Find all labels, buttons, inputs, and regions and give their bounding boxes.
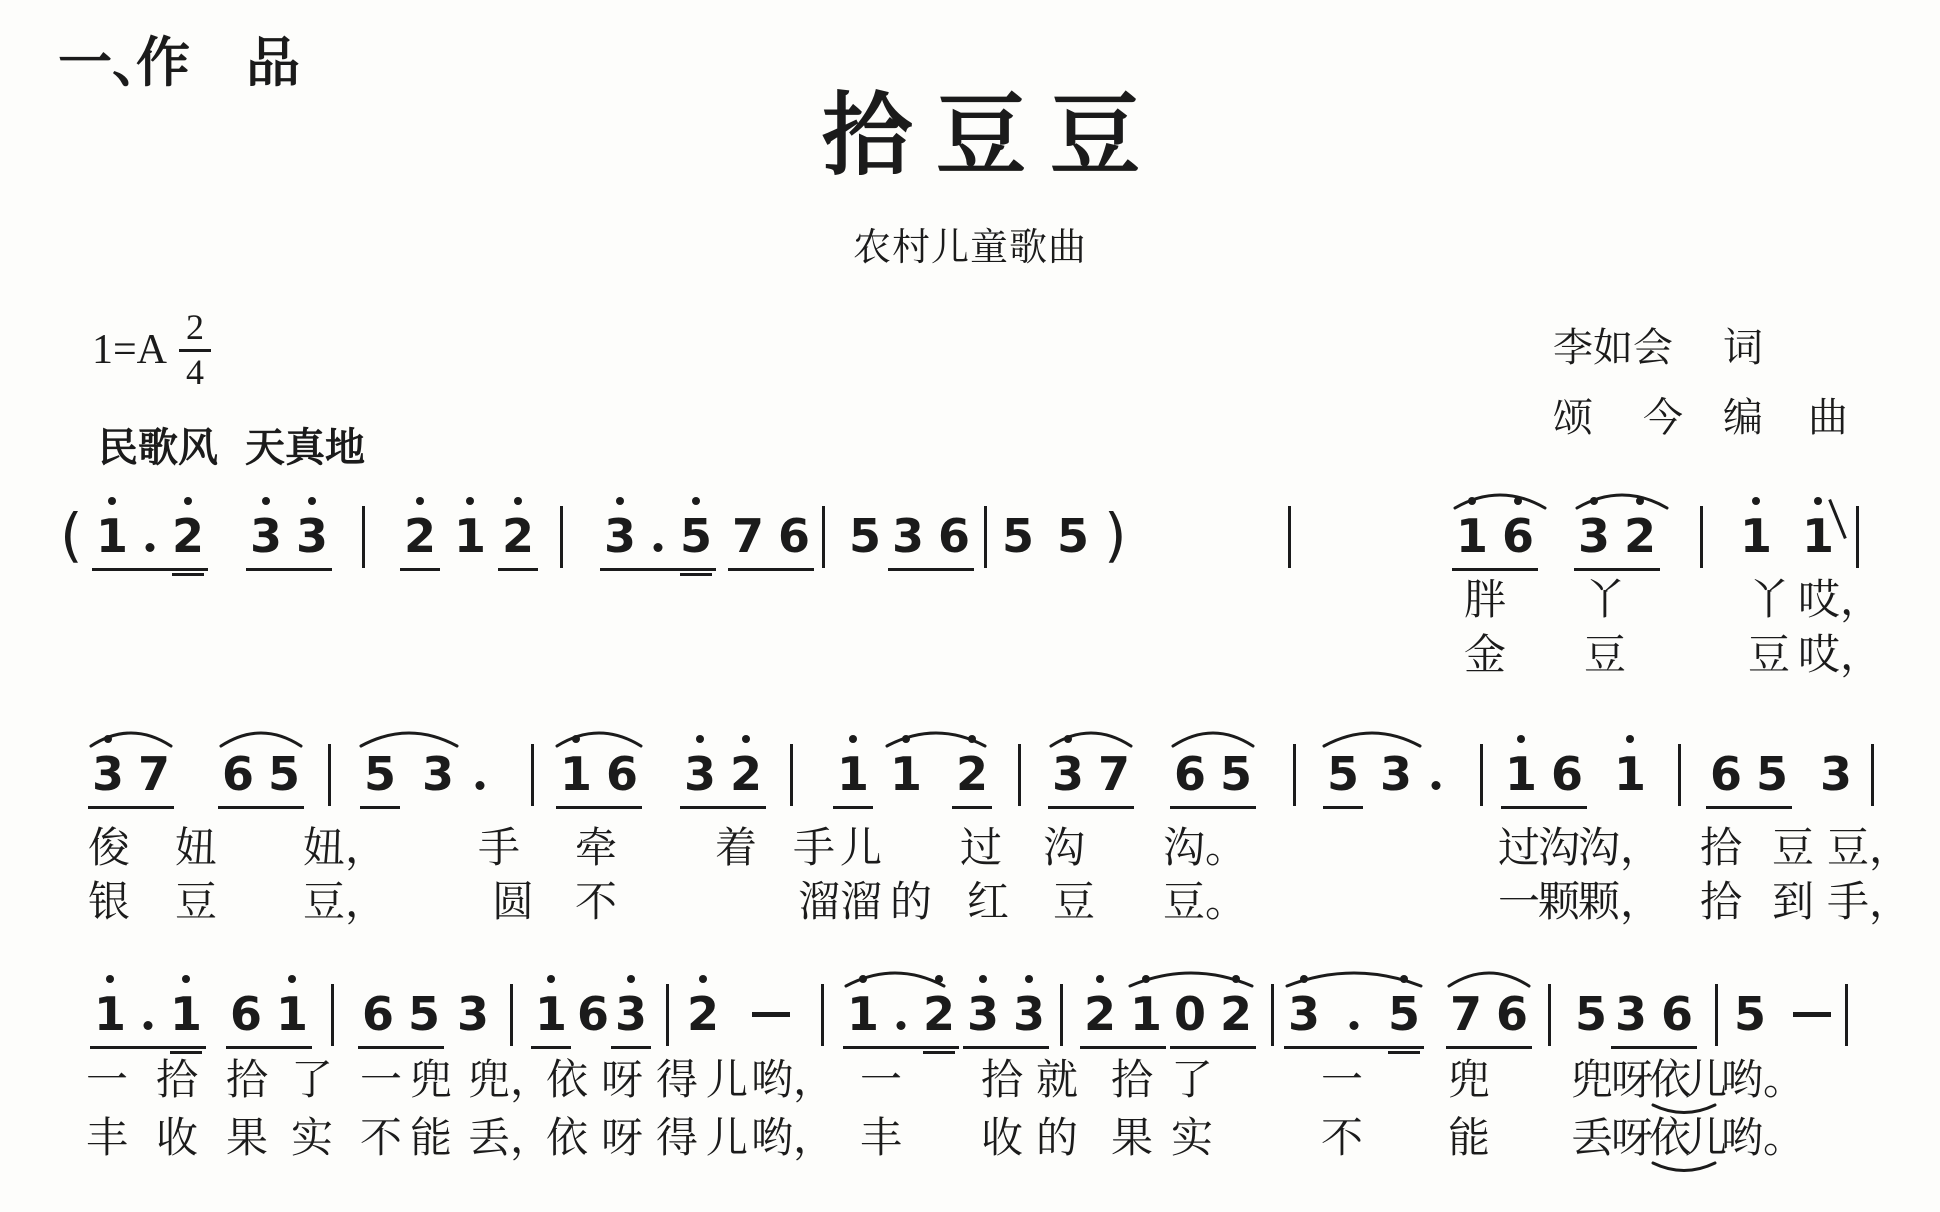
lyric-syllable-v1: 沟， (1578, 826, 1662, 872)
note-digit: 5 (1056, 510, 1090, 562)
note-digit: 5 (1001, 510, 1035, 562)
note-digit: 3 (249, 510, 283, 562)
octave-dot (1814, 497, 1822, 505)
octave-dot (1064, 735, 1072, 743)
lyric-syllable-v1: 妞， (303, 826, 387, 872)
lyric-syllable-v2: 金 (1464, 633, 1506, 679)
note-digit: 5 (1755, 748, 1789, 800)
half-note-dash (752, 1012, 790, 1017)
lyric-syllable-v2: 豆 (175, 880, 217, 926)
lyric-syllable-v1: 哎， (1798, 578, 1882, 624)
note-digit: 2 (729, 748, 763, 800)
note-digit: 3 (614, 988, 648, 1040)
note-digit: 1 (1613, 748, 1647, 800)
octave-dot (1232, 975, 1240, 983)
lyric-syllable-v1: 妞 (175, 826, 217, 872)
lyric-syllable-v1: 呀 (601, 1058, 643, 1104)
note-group: 5 (998, 510, 1038, 568)
note-digit: 1 (1504, 748, 1538, 800)
octave-dot (466, 497, 474, 505)
note-digit: 3 (295, 510, 329, 562)
lyric-syllable-v1: 俊 (88, 826, 130, 872)
note-group: 32 (680, 748, 766, 809)
lyric-syllable-v1: 哟。 (1721, 1058, 1805, 1104)
barline (1871, 744, 1874, 806)
key-signature: 1=A 2 4 (92, 308, 211, 392)
note-group: 1 (450, 510, 490, 568)
note-digit: 5 (679, 510, 713, 562)
note-digit: 3 (966, 988, 1000, 1040)
note-digit: 1 (275, 988, 309, 1040)
barline (822, 506, 825, 568)
barline (1293, 744, 1296, 806)
note-digit: 3 (456, 988, 490, 1040)
note-group: 1 (1798, 510, 1838, 568)
note-group: 2 (952, 748, 992, 809)
note-group: 12 (92, 510, 208, 571)
note-digit: 3 (1819, 748, 1853, 800)
note-digit: 1 (889, 748, 923, 800)
note-digit: 1 (846, 988, 880, 1040)
note-digit: 5 (1733, 988, 1767, 1040)
lyric-syllable-v1: 得 (656, 1058, 698, 1104)
time-signature-denominator: 4 (186, 352, 204, 393)
octave-dot (1400, 975, 1408, 983)
barline (1480, 744, 1483, 806)
lyric-syllable-v2: 丢， (468, 1116, 552, 1162)
lyric-syllable-v2: 颗 (1538, 880, 1580, 926)
note-group: 12 (843, 988, 959, 1049)
lyric-syllable-v1: 拾 (1111, 1058, 1153, 1104)
note-digit: 3 (91, 748, 125, 800)
barline (1845, 984, 1848, 1046)
lyric-syllable-v2: 能 (1448, 1116, 1490, 1162)
octave-dot (935, 975, 943, 983)
lyric-syllable-v1: 依 (546, 1058, 588, 1104)
octave-dot (1025, 975, 1033, 983)
lyric-syllable-v1: 一 (86, 1058, 128, 1104)
lyric-syllable-v2: 实 (291, 1116, 333, 1162)
lyric-syllable-v1: 过 (1498, 826, 1540, 872)
composer-credit: 曲 (1808, 386, 1848, 443)
barline (531, 744, 534, 806)
lyric-syllable-v2: 收 (981, 1116, 1023, 1162)
section-header: 作 (136, 20, 190, 97)
lyric-syllable-v2: 果 (226, 1116, 268, 1162)
note-group: 65 (218, 748, 304, 809)
lyric-syllable-v2: 到 (1772, 880, 1814, 926)
lyric-syllable-v2: 手， (1827, 880, 1911, 926)
note-digit: 7 (731, 510, 765, 562)
note-group: 65 (1170, 748, 1256, 809)
barline (331, 984, 334, 1046)
lyric-syllable-v2: 哟。 (1721, 1116, 1805, 1162)
note-group: 2 (683, 988, 723, 1046)
note-group: 11 (90, 988, 206, 1049)
note-digit: 5 (363, 748, 397, 800)
note-group: 16 (1501, 748, 1587, 809)
note-group: 3 (453, 988, 493, 1046)
note-group: 61 (226, 988, 312, 1049)
note-digit: 1 (1129, 988, 1163, 1040)
note-digit: 5 (407, 988, 441, 1040)
lyric-syllable-v1: 沟。 (1163, 826, 1247, 872)
note-group: 2 (498, 510, 538, 571)
lyric-syllable-v1: 一 (1321, 1058, 1363, 1104)
note-digit: 6 (1550, 748, 1584, 800)
note-digit: 6 (1660, 988, 1694, 1040)
lyric-syllable-v2: 银 (88, 880, 130, 926)
lyric-syllable-v2: 的 (890, 880, 932, 926)
note-digit: 3 (603, 510, 637, 562)
lyric-syllable-v1: 豆， (1827, 826, 1911, 872)
lyric-syllable-v1: 了 (1171, 1058, 1213, 1104)
lyric-syllable-v1: 兜 (1448, 1058, 1490, 1104)
lyric-syllable-v2: 豆 (1748, 633, 1790, 679)
octave-dot (979, 975, 987, 983)
octave-dot (699, 975, 707, 983)
note-group: 2 (400, 510, 440, 571)
note-digit: 2 (1219, 988, 1253, 1040)
dot-glyph (1350, 1021, 1359, 1030)
lyric-syllable-v1: 兜， (468, 1058, 552, 1104)
key-name: 1=A (92, 326, 167, 374)
lyric-syllable-v2: 豆。 (1163, 880, 1247, 926)
barline (1018, 744, 1021, 806)
note-digit: 6 (1709, 748, 1743, 800)
note-group: 36 (888, 510, 974, 571)
lyric-syllable-v1: 儿 (840, 826, 882, 872)
note-group: 35 (1284, 988, 1424, 1049)
lyric-syllable-v1: 哟， (751, 1058, 835, 1104)
note-group: 32 (1574, 510, 1660, 571)
song-subtitle: 农村儿童歌曲 (853, 216, 1087, 271)
octave-dot (1517, 735, 1525, 743)
note-group: 16 (1452, 510, 1538, 571)
note-digit: 3 (683, 748, 717, 800)
note-group: 1 (886, 748, 926, 806)
half-note-dash (1793, 1012, 1831, 1017)
note-digit: 6 (1173, 748, 1207, 800)
lyric-syllable-v1: 拾 (156, 1058, 198, 1104)
lyric-syllable-v1: 着 (715, 826, 757, 872)
octave-dot (692, 497, 700, 505)
tempo-marking: 天真地 (245, 416, 365, 473)
octave-dot (968, 735, 976, 743)
note-group: 5 (360, 748, 400, 809)
octave-dot (1300, 975, 1308, 983)
note-digit: 5 (1574, 988, 1608, 1040)
note-digit: 1 (559, 748, 593, 800)
dot-glyph (897, 1021, 906, 1030)
note-group: 21 (1080, 988, 1166, 1049)
lyric-syllable-v2: 溜 (840, 880, 882, 926)
lyric-syllable-v2: 豆， (303, 880, 387, 926)
augmentation-dot (139, 988, 157, 1040)
lyric-syllable-v2: 豆 (1584, 633, 1626, 679)
parenthesis: ) (1104, 504, 1127, 566)
note-group: 33 (963, 988, 1049, 1049)
lyric-syllable-v2: 能 (410, 1116, 452, 1162)
note-digit: 1 (1801, 510, 1835, 562)
note-digit: 5 (1326, 748, 1360, 800)
note-digit: 6 (229, 988, 263, 1040)
note-digit: 1 (1739, 510, 1773, 562)
note-digit: 3 (1614, 988, 1648, 1040)
octave-dot (859, 975, 867, 983)
note-digit: 2 (955, 748, 989, 800)
lyric-syllable-v2: 哎， (1798, 633, 1882, 679)
note-group: 37 (88, 748, 174, 809)
barline (666, 984, 669, 1046)
note-group: 1 (1610, 748, 1650, 806)
barline (560, 506, 563, 568)
note-digit: 3 (1012, 988, 1046, 1040)
barline (1288, 506, 1291, 568)
composer-credit: 颂 (1553, 386, 1593, 443)
note-group: 3 (1376, 748, 1416, 806)
octave-dot (849, 735, 857, 743)
note-group: 3 (611, 988, 651, 1049)
barline (1856, 506, 1859, 568)
note-group: 35 (600, 510, 716, 571)
lyric-syllable-v1: 丫 (1584, 578, 1626, 624)
lyric-syllable-v1: 一 (860, 1058, 902, 1104)
lyric-syllable-v2: 丰 (860, 1116, 902, 1162)
note-digit: 6 (1501, 510, 1535, 562)
octave-dot (572, 735, 580, 743)
note-digit: 2 (1083, 988, 1117, 1040)
note-digit: 2 (501, 510, 535, 562)
note-digit: 3 (1287, 988, 1321, 1040)
composer-credit: 今 (1643, 386, 1683, 443)
note-group (468, 748, 492, 806)
lyric-syllable-v2: 一 (1498, 880, 1540, 926)
note-digit: 6 (221, 748, 255, 800)
lyric-syllable-v1: 拾 (981, 1058, 1023, 1104)
tempo-marking: 民歌风 (98, 416, 218, 473)
note-digit: 1 (1455, 510, 1489, 562)
note-group: 3 (418, 748, 458, 806)
note-digit: 6 (576, 988, 610, 1040)
note-digit: 2 (686, 988, 720, 1040)
lyric-syllable-v1: 过 (960, 826, 1002, 872)
barline (328, 744, 331, 806)
note-digit: 5 (1387, 988, 1421, 1040)
lyric-syllable-v2: 果 (1111, 1116, 1153, 1162)
dot-glyph (144, 1021, 153, 1030)
note-group: 36 (1611, 988, 1697, 1049)
lyric-syllable-v2: 豆 (1053, 880, 1095, 926)
note-digit: 1 (836, 748, 870, 800)
note-digit: 5 (1219, 748, 1253, 800)
lyric-syllable-v1: 丫 (1748, 578, 1790, 624)
note-digit: 6 (937, 510, 971, 562)
note-digit: 6 (361, 988, 395, 1040)
dot-glyph (654, 543, 663, 552)
augmentation-dot (892, 988, 910, 1040)
note-digit: 2 (1623, 510, 1657, 562)
sheet-music-page: 拾豆豆 农村儿童歌曲 1=A 2 4 一、作品民歌风天真地李如会词颂今编曲(12… (0, 0, 1940, 1212)
dot-glyph (1432, 781, 1441, 790)
octave-dot (1514, 497, 1522, 505)
octave-dot (1752, 497, 1760, 505)
octave-dot (108, 497, 116, 505)
note-digit: 1 (534, 988, 568, 1040)
note-group: 5 (1730, 988, 1770, 1046)
barline (1271, 984, 1274, 1046)
dot-glyph (476, 781, 485, 790)
octave-dot (1626, 735, 1634, 743)
lyric-syllable-v1: 沟 (1043, 826, 1085, 872)
note-digit: 7 (1449, 988, 1483, 1040)
octave-dot (308, 497, 316, 505)
augmentation-dot (649, 510, 667, 562)
note-digit: 2 (403, 510, 437, 562)
lyricist-credit: 词 (1723, 316, 1763, 373)
lyric-syllable-v1: 沟 (1538, 826, 1580, 872)
lyric-syllable-v2: 依 (546, 1116, 588, 1162)
note-group: 1 (833, 748, 873, 809)
note-group: 33 (246, 510, 332, 571)
note-digit: 6 (1495, 988, 1529, 1040)
note-group: 3 (1816, 748, 1856, 806)
dot-glyph (146, 543, 155, 552)
note-digit: 7 (137, 748, 171, 800)
lyric-syllable-v2: 溜 (798, 880, 840, 926)
parenthesis: ( (60, 504, 83, 566)
octave-dot (262, 497, 270, 505)
lyric-syllable-v1: 牵 (575, 826, 617, 872)
augmentation-dot (471, 748, 489, 800)
lyric-syllable-v1: 就 (1036, 1058, 1078, 1104)
note-group: 1 (1736, 510, 1776, 568)
barline (984, 506, 987, 568)
lyric-syllable-v2: 儿 (706, 1116, 748, 1162)
composer-credit: 编 (1723, 386, 1763, 443)
octave-dot (288, 975, 296, 983)
note-digit: 1 (453, 510, 487, 562)
lyric-syllable-v2: 丢 (1571, 1116, 1613, 1162)
note-group: 1 (531, 988, 571, 1049)
lyric-syllable-v1: 拾 (226, 1058, 268, 1104)
octave-dot (514, 497, 522, 505)
note-digit: 3 (1379, 748, 1413, 800)
note-digit: 7 (1097, 748, 1131, 800)
barline (1548, 984, 1551, 1046)
lyric-syllable-v2: 红 (967, 880, 1009, 926)
lyric-syllable-v1: 胖 (1464, 578, 1506, 624)
barline (362, 506, 365, 568)
octave-dot (182, 975, 190, 983)
barline (821, 984, 824, 1046)
note-digit: 1 (95, 510, 129, 562)
note-group: 76 (1446, 988, 1532, 1049)
octave-dot (416, 497, 424, 505)
note-group: 02 (1170, 988, 1256, 1049)
octave-dot (547, 975, 555, 983)
note-digit: 3 (891, 510, 925, 562)
note-digit: 3 (421, 748, 455, 800)
barline (1678, 744, 1681, 806)
note-group: 5 (845, 510, 885, 568)
note-digit: 3 (1051, 748, 1085, 800)
octave-dot (104, 735, 112, 743)
note-group: 6 (573, 988, 613, 1046)
note-group: 5 (1571, 988, 1611, 1046)
octave-dot (1096, 975, 1104, 983)
lyric-syllable-v1: 手 (478, 826, 520, 872)
note-group: 5 (1323, 748, 1363, 809)
note-group: 37 (1048, 748, 1134, 809)
lyric-tie-arc (1650, 1160, 1718, 1185)
note-digit: 2 (171, 510, 205, 562)
note-digit: 5 (267, 748, 301, 800)
lyric-syllable-v2: 不 (1321, 1116, 1363, 1162)
lyricist-credit: 李如会 (1553, 316, 1673, 373)
note-digit: 6 (777, 510, 811, 562)
lyric-tie-arc (1650, 1102, 1718, 1127)
octave-dot (742, 735, 750, 743)
note-group (1424, 748, 1448, 806)
lyric-syllable-v2: 颗， (1578, 880, 1662, 926)
barline (790, 744, 793, 806)
lyric-syllable-v1: 兜 (410, 1058, 452, 1104)
lyric-syllable-v2: 圆 (492, 880, 534, 926)
lyric-syllable-v2: 哟， (751, 1116, 835, 1162)
lyric-syllable-v1: 兜 (1571, 1058, 1613, 1104)
octave-dot (696, 735, 704, 743)
note-digit: 0 (1173, 988, 1207, 1040)
lyric-syllable-v2: 得 (656, 1116, 698, 1162)
note-group: 65 (1706, 748, 1792, 809)
octave-dot (184, 497, 192, 505)
time-signature-numerator: 2 (179, 308, 211, 352)
song-title: 拾豆豆 (822, 62, 1164, 192)
note-digit: 1 (169, 988, 203, 1040)
barline (1700, 506, 1703, 568)
lyric-syllable-v2: 的 (1036, 1116, 1078, 1162)
lyric-syllable-v1: 呀 (1611, 1058, 1653, 1104)
note-digit: 6 (605, 748, 639, 800)
lyric-syllable-v1: 一 (360, 1058, 402, 1104)
lyric-syllable-v2: 收 (156, 1116, 198, 1162)
lyric-syllable-v1: 豆 (1772, 826, 1814, 872)
note-group: 76 (728, 510, 814, 571)
lyric-syllable-v2: 不 (575, 880, 617, 926)
lyric-syllable-v1: 了 (291, 1058, 333, 1104)
section-header: 品 (246, 20, 300, 97)
lyric-syllable-v1: 拾 (1700, 826, 1742, 872)
octave-dot (1468, 497, 1476, 505)
note-group: 65 (358, 988, 444, 1049)
augmentation-dot (141, 510, 159, 562)
octave-dot (1590, 497, 1598, 505)
barline (510, 984, 513, 1046)
lyric-syllable-v2: 呀 (601, 1116, 643, 1162)
barline (1715, 984, 1718, 1046)
octave-dot (1636, 497, 1644, 505)
lyric-syllable-v2: 不 (360, 1116, 402, 1162)
octave-dot (627, 975, 635, 983)
lyric-syllable-v2: 呀 (1611, 1116, 1653, 1162)
lyric-syllable-v1: 手 (793, 826, 835, 872)
lyric-syllable-v2: 实 (1171, 1116, 1213, 1162)
note-digit: 5 (848, 510, 882, 562)
lyric-syllable-v1: 儿 (706, 1058, 748, 1104)
augmentation-dot (1427, 748, 1445, 800)
note-digit: 3 (1577, 510, 1611, 562)
